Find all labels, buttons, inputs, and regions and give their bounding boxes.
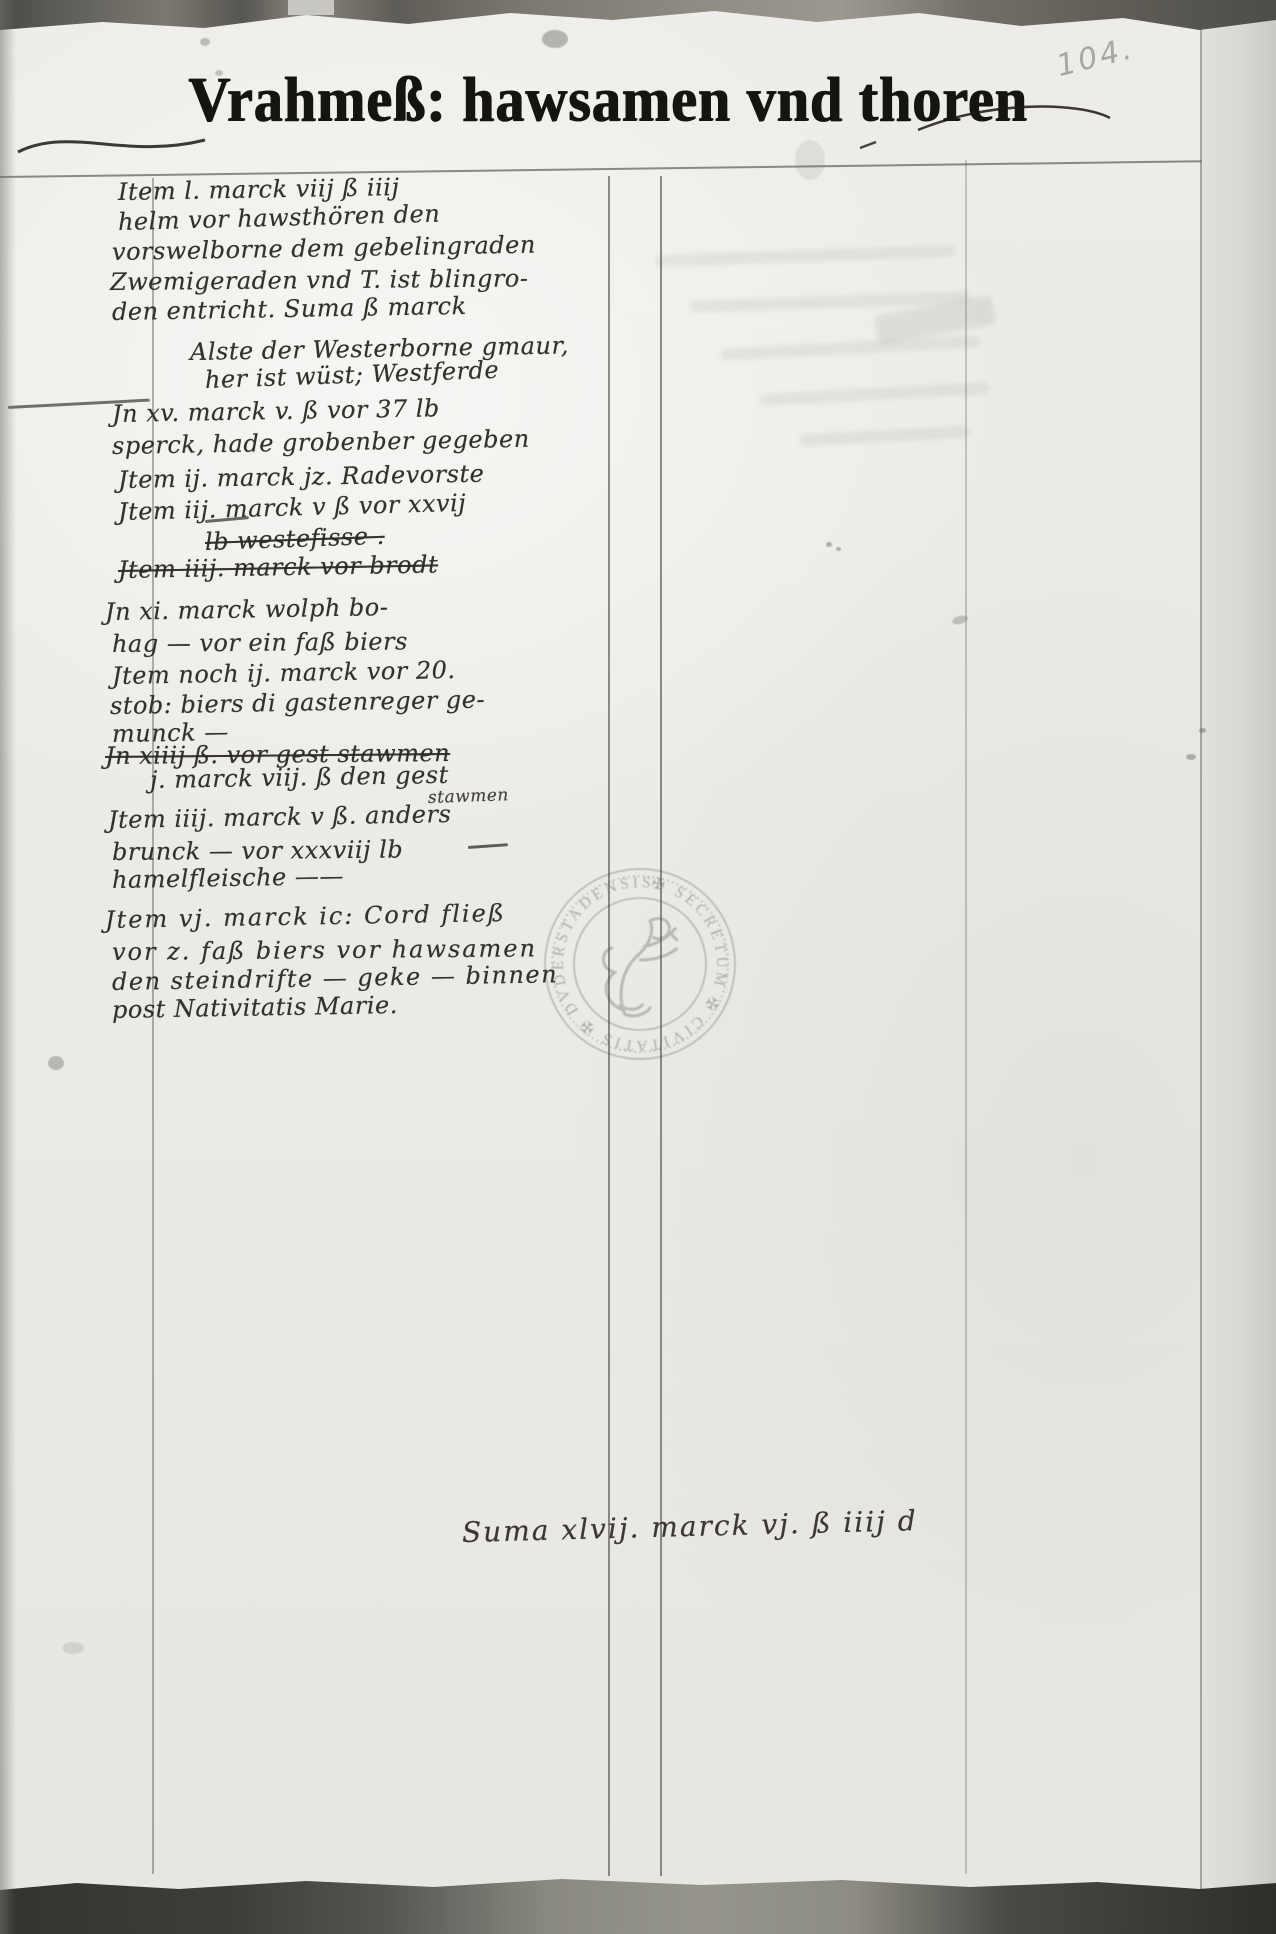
ink-stain — [62, 1642, 84, 1654]
page-title: Vrahmeß: hawsamen vnd thoren — [188, 62, 1028, 136]
manuscript-line-struck: Jtem iiij. marck vor brodt — [118, 550, 439, 584]
strike-mark — [468, 843, 508, 849]
ink-stain — [836, 547, 841, 551]
manuscript-page-scan: ✠ SECRETUM ✠ CIVITATIS ✠ DVDERSTADENSIS … — [0, 0, 1276, 1934]
column-rule-center-b — [660, 176, 662, 1876]
manuscript-line: den entricht. Suma ß marck — [112, 292, 467, 326]
manuscript-line: hag — vor ein faß biers — [112, 627, 408, 658]
manuscript-line: Jtem noch ij. marck vor 20. — [112, 656, 456, 690]
manuscript-line: sperck, hade grobenber gegeben — [112, 425, 530, 460]
city-seal: ✠ SECRETUM ✠ CIVITATIS ✠ DVDERSTADENSIS — [524, 848, 756, 1080]
scan-edge-top — [0, 0, 1276, 34]
seal-dotted-ring — [541, 865, 740, 1064]
bleedthrough-smudge — [720, 335, 980, 361]
manuscript-line: Jn xv. marck v. ß vor 37 lb — [112, 394, 440, 428]
manuscript-line: Jtem iiij. marck v ß. anders — [108, 800, 452, 834]
ink-stain — [542, 30, 568, 48]
seal-legend: ✠ SECRETUM ✠ CIVITATIS ✠ DVDERSTADENSIS — [538, 862, 742, 1066]
ink-stain — [215, 70, 223, 76]
manuscript-line: hamelfleische —— — [112, 862, 344, 894]
page-number: 104. — [1053, 31, 1138, 84]
ink-stain — [826, 542, 832, 547]
page-edge-band — [1202, 0, 1276, 1934]
column-rule-right — [965, 160, 967, 1874]
manuscript-line: den steindrifte — geke — binnen — [112, 960, 559, 996]
ink-stain — [1186, 754, 1196, 760]
manuscript-line: vorswelborne dem gebelingraden — [112, 231, 536, 266]
ink-stain — [48, 1056, 64, 1070]
ink-stain — [200, 38, 210, 46]
manuscript-line: Jn xi. marck wolph bo- — [105, 593, 389, 626]
header-rule — [0, 160, 1233, 178]
scan-edge-bottom — [0, 1874, 1276, 1934]
scan-edge-left — [0, 0, 16, 1934]
manuscript-line: stob: biers di gastenreger ge- — [110, 685, 486, 720]
ink-stain — [795, 140, 825, 180]
manuscript-line: post Nativitatis Marie. — [112, 991, 398, 1024]
bleedthrough-smudge — [760, 382, 990, 406]
bleedthrough-smudge — [800, 426, 970, 447]
manuscript-line: Jtem iij. marck v ß vor xxvij — [118, 489, 467, 526]
manuscript-line: j. marck viij. ß den gest — [150, 761, 449, 794]
manuscript-line: Jtem vj. marck ic: Cord fließ — [105, 899, 506, 934]
manuscript-line: brunck — vor xxxviij lb — [112, 835, 403, 866]
ink-stain — [1199, 728, 1206, 733]
column-rule-center-a — [608, 176, 610, 1876]
scan-edge-tab — [288, 0, 334, 15]
bleedthrough-smudge — [655, 245, 955, 267]
summary-line: Suma xlvij. marck vj. ß iiij d — [462, 1504, 919, 1549]
